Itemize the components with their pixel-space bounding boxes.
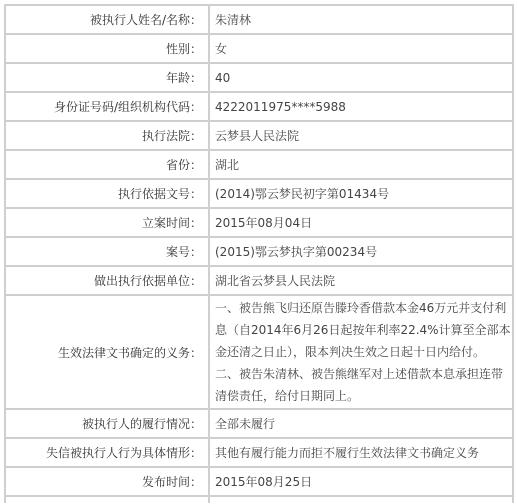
field-label-gender: 性别： xyxy=(5,34,209,63)
field-label-performance: 被执行人的履行情况： xyxy=(5,409,209,438)
field-label-name: 被执行人姓名/名称： xyxy=(5,5,209,34)
table-row: 立案时间： 2015年08月04日 xyxy=(5,208,513,237)
field-label-publish-date: 发布时间： xyxy=(5,467,209,496)
field-label-issuing-unit: 做出执行依据单位： xyxy=(5,266,209,295)
obligation-line: 二、被告朱清林、被告熊继军对上述借款本息承担连带 xyxy=(215,363,508,385)
field-value-age: 40 xyxy=(209,63,513,92)
field-value-basis-doc-number: (2014)鄂云梦民初字第01434号 xyxy=(209,179,513,208)
field-label-province: 省份： xyxy=(5,150,209,179)
field-value-dishonest-behavior: 其他有履行能力而拒不履行生效法律文书确定义务 xyxy=(209,438,513,467)
record-table: 被执行人姓名/名称： 朱清林 性别： 女 年龄： 40 身份证号码/组织机构代码… xyxy=(4,4,514,503)
field-label-dishonest-behavior: 失信被执行人行为具体情形： xyxy=(5,438,209,467)
field-value-case-number: (2015)鄂云梦执字第00234号 xyxy=(209,237,513,266)
table-row: 生效法律文书确定的义务： 一、被告熊飞归还原告滕玲香借款本金46万元并支付利 息… xyxy=(5,295,513,409)
field-label-empty xyxy=(5,496,209,503)
field-label-basis-doc-number: 执行依据文号： xyxy=(5,179,209,208)
field-value-province: 湖北 xyxy=(209,150,513,179)
field-value-publish-date: 2015年08月25日 xyxy=(209,467,513,496)
table-row: 做出执行依据单位： 湖北省云梦县人民法院 xyxy=(5,266,513,295)
table-row: 省份： 湖北 xyxy=(5,150,513,179)
field-value-issuing-unit: 湖北省云梦县人民法院 xyxy=(209,266,513,295)
table-row: 执行依据文号： (2014)鄂云梦民初字第01434号 xyxy=(5,179,513,208)
field-value-performance: 全部未履行 xyxy=(209,409,513,438)
dishonest-debtor-record: 被执行人姓名/名称： 朱清林 性别： 女 年龄： 40 身份证号码/组织机构代码… xyxy=(4,4,514,503)
field-label-case-number: 案号： xyxy=(5,237,209,266)
field-label-court: 执行法院： xyxy=(5,121,209,150)
table-row: 案号： (2015)鄂云梦执字第00234号 xyxy=(5,237,513,266)
field-value-name: 朱清林 xyxy=(209,5,513,34)
field-value-filing-date: 2015年08月04日 xyxy=(209,208,513,237)
field-value-court: 云梦县人民法院 xyxy=(209,121,513,150)
obligation-line: 金还清之日止），限本判决生效之日起十日内给付。 xyxy=(215,341,508,363)
field-value-id-number: 4222011975****5988 xyxy=(209,92,513,121)
table-row: 执行法院： 云梦县人民法院 xyxy=(5,121,513,150)
obligation-line: 一、被告熊飞归还原告滕玲香借款本金46万元并支付利 xyxy=(215,297,508,319)
field-label-obligation: 生效法律文书确定的义务： xyxy=(5,295,209,409)
obligation-line: 清偿责任，给付日期同上。 xyxy=(215,385,508,407)
field-value-gender: 女 xyxy=(209,34,513,63)
table-row: 失信被执行人行为具体情形： 其他有履行能力而拒不履行生效法律文书确定义务 xyxy=(5,438,513,467)
field-value-obligation: 一、被告熊飞归还原告滕玲香借款本金46万元并支付利 息（自2014年6月26日起… xyxy=(209,295,513,409)
table-row: 发布时间： 2015年08月25日 xyxy=(5,467,513,496)
table-row: 被执行人的履行情况： 全部未履行 xyxy=(5,409,513,438)
obligation-line: 息（自2014年6月26日起按年利率22.4%计算至全部本 xyxy=(215,319,508,341)
field-label-filing-date: 立案时间： xyxy=(5,208,209,237)
field-label-age: 年龄： xyxy=(5,63,209,92)
field-label-id-number: 身份证号码/组织机构代码： xyxy=(5,92,209,121)
table-row: 性别： 女 xyxy=(5,34,513,63)
table-row: 身份证号码/组织机构代码： 4222011975****5988 xyxy=(5,92,513,121)
table-row: 年龄： 40 xyxy=(5,63,513,92)
field-value-empty xyxy=(209,496,513,503)
table-row-partial xyxy=(5,496,513,503)
table-row: 被执行人姓名/名称： 朱清林 xyxy=(5,5,513,34)
